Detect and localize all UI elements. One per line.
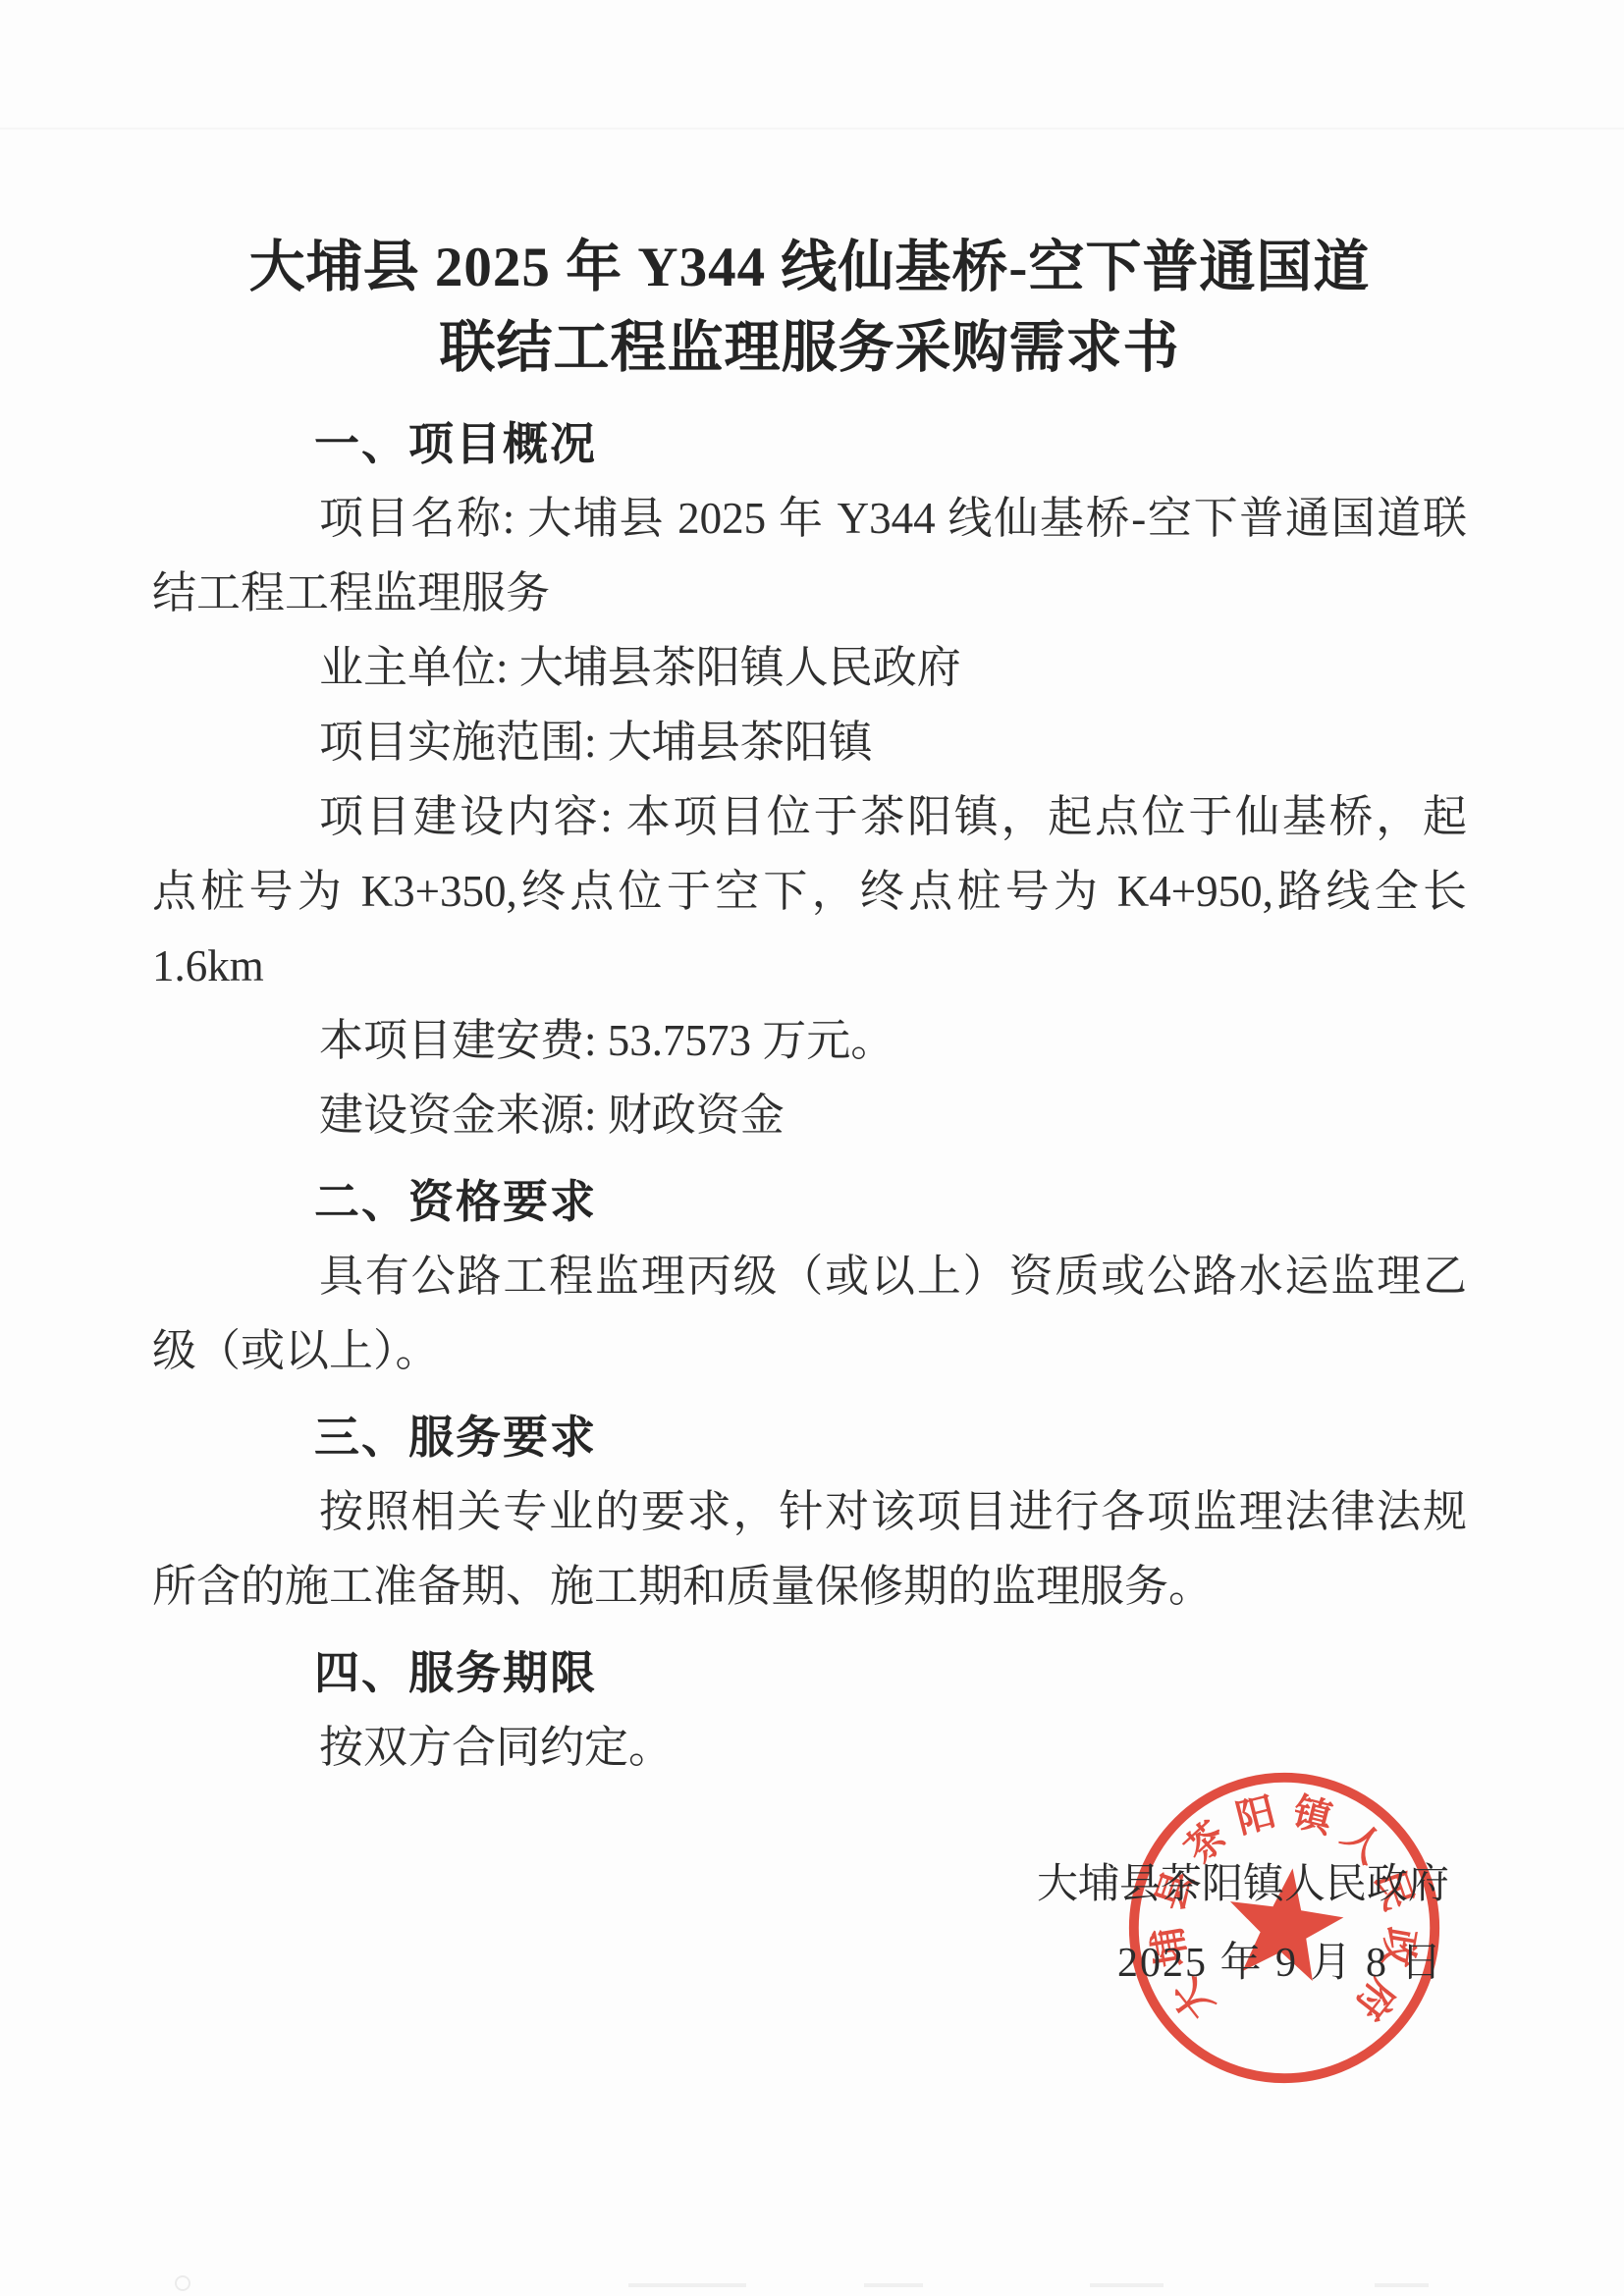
section-heading-2: 二、资格要求 [152,1164,1467,1239]
svg-text:阳: 阳 [1232,1790,1280,1842]
doc-line: 项目实施范围: 大埔县茶阳镇 [152,705,1467,779]
doc-line: 业主单位: 大埔县茶阳镇人民政府 [152,630,1467,705]
doc-line: 项目建设内容: 本项目位于茶阳镇，起点位于仙基桥，起 [152,779,1467,854]
doc-line: 点桩号为 K3+350,终点位于空下，终点桩号为 K4+950,路线全长 [152,854,1467,929]
doc-line: 项目名称: 大埔县 2025 年 Y344 线仙基桥-空下普通国道联 [152,481,1467,556]
doc-line: 1.6km [152,929,1467,1003]
section-heading-1: 一、项目概况 [152,406,1467,481]
scan-artifact [1375,2283,1429,2287]
official-seal: 大埔县茶阳镇人民政府 [1119,1763,1449,2093]
svg-text:镇: 镇 [1288,1790,1339,1842]
scanned-document-page: { "document": { "title": { "line1": "大埔县… [0,0,1624,2296]
doc-line: 所含的施工准备期、施工期和质量保修期的监理服务。 [152,1549,1467,1624]
section-heading-4: 四、服务期限 [152,1635,1467,1710]
signature-date: 2025 年 9 月 8 日 [1117,1930,1444,1989]
doc-line: 按照相关专业的要求，针对该项目进行各项监理法律法规 [152,1474,1467,1549]
scan-artifact [628,2283,746,2287]
scan-artifact [1090,2283,1164,2287]
document-title-line1: 大埔县 2025 年 Y344 线仙基桥-空下普通国道 [152,228,1467,308]
scan-artifact [175,2275,190,2291]
doc-line: 结工程工程监理服务 [152,556,1467,630]
doc-line: 建设资金来源: 财政资金 [152,1078,1467,1152]
scan-artifact [864,2283,923,2287]
document-title-line2: 联结工程监理服务采购需求书 [152,308,1467,389]
doc-line: 级（或以上）。 [152,1313,1467,1388]
doc-line: 具有公路工程监理丙级（或以上）资质或公路水运监理乙 [152,1239,1467,1313]
signature-organization: 大埔县茶阳镇人民政府 [1037,1851,1449,1910]
document-content: 一、项目概况 项目名称: 大埔县 2025 年 Y344 线仙基桥-空下普通国道… [152,406,1467,1785]
section-heading-3: 三、服务要求 [152,1400,1467,1474]
scan-artifact [0,128,1624,130]
doc-line: 本项目建安费: 53.7573 万元。 [152,1003,1467,1078]
